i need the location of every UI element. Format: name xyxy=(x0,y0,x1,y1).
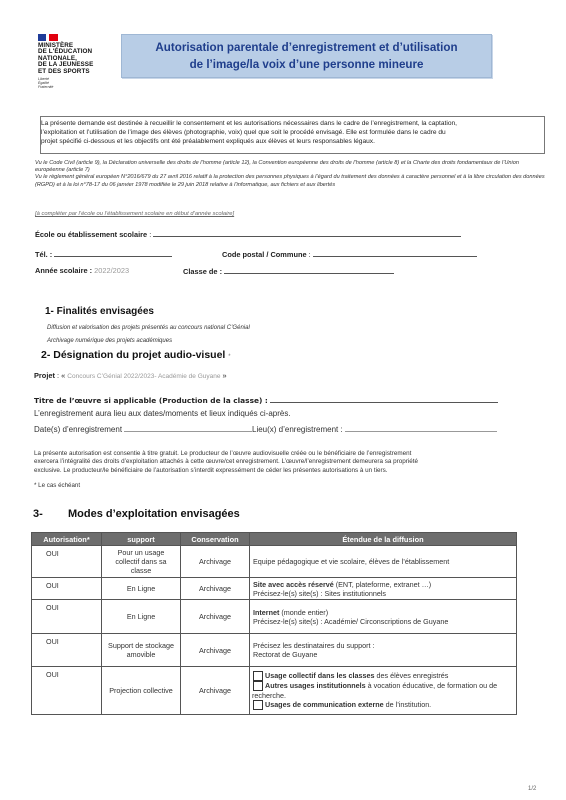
diffusion-cell: Usage collectif dans les classes des élè… xyxy=(250,667,517,715)
intro-box: La présente demande est destinée à recue… xyxy=(40,116,545,154)
ministry-name: MINISTÈRE DE L'ÉDUCATION NATIONALE, DE L… xyxy=(38,43,108,75)
support-cell: En Ligne xyxy=(102,578,181,600)
diffusion-cell: Internet (monde entier) Précisez-le(s) s… xyxy=(250,600,517,634)
checkbox[interactable] xyxy=(253,681,263,691)
document-title: Autorisation parentale d’enregistrement … xyxy=(121,34,492,78)
diffusion-cell: Précisez les destinataires du support : … xyxy=(250,634,517,667)
column-header: Conservation xyxy=(181,533,250,546)
postal-field[interactable] xyxy=(313,249,477,257)
fill-instruction: [à compléter par l’école ou l’établissem… xyxy=(35,211,234,217)
conservation-cell: Archivage xyxy=(181,546,250,578)
year-field-row: Année scolaire : 2022/2023 xyxy=(35,266,129,275)
table-row: OUI Pour un usage collectif dans sa clas… xyxy=(32,546,517,578)
support-cell: En Ligne xyxy=(102,600,181,634)
purpose-item: Archivage numérique des projets académiq… xyxy=(47,338,172,344)
section-3-heading: Modes d’exploitation envisagées xyxy=(68,508,240,520)
footnote: * Le cas échéant xyxy=(34,482,80,489)
authorization-cell: OUI xyxy=(32,546,102,578)
republic-motto: Liberté Égalité Fraternité xyxy=(38,77,108,89)
dates-row: Date(s) d’enregistrement xyxy=(34,424,252,434)
school-field[interactable] xyxy=(153,229,461,237)
checkbox-option[interactable]: Usage collectif dans les classes des élè… xyxy=(252,671,513,681)
authorization-cell: OUI xyxy=(32,667,102,715)
year-value[interactable]: 2022/2023 xyxy=(94,266,129,275)
diffusion-cell: Equipe pédagogique et vie scolaire, élèv… xyxy=(250,546,517,578)
conservation-cell: Archivage xyxy=(181,634,250,667)
table-row: OUI En Ligne Archivage Site avec accès r… xyxy=(32,578,517,600)
checkbox-option[interactable]: Usages de communication externe de l’ins… xyxy=(252,700,513,710)
title-line-2: de l’image/la voix d’une personne mineur… xyxy=(190,56,424,73)
ministry-logo: MINISTÈRE DE L'ÉDUCATION NATIONALE, DE L… xyxy=(38,34,108,89)
authorization-cell: OUI xyxy=(32,600,102,634)
legal-references: Vu le Code Civil (article 9), la Déclara… xyxy=(35,160,545,189)
table-row: OUI Support de stockage amovible Archiva… xyxy=(32,634,517,667)
support-cell: Projection collective xyxy=(102,667,181,715)
table-row: OUI En Ligne Archivage Internet (monde e… xyxy=(32,600,517,634)
column-header: Autorisation* xyxy=(32,533,102,546)
places-row: Lieu(x) d’enregistrement : xyxy=(252,424,497,434)
class-field[interactable] xyxy=(224,266,394,274)
support-cell: Support de stockage amovible xyxy=(102,634,181,667)
column-header: support xyxy=(102,533,181,546)
table-row: OUI Projection collective Archivage Usag… xyxy=(32,667,517,715)
conservation-cell: Archivage xyxy=(181,578,250,600)
authorization-cell: OUI xyxy=(32,578,102,600)
places-field[interactable] xyxy=(345,424,497,432)
section-3-number: 3- xyxy=(33,508,43,520)
checkbox[interactable] xyxy=(253,671,263,681)
conservation-cell: Archivage xyxy=(181,600,250,634)
support-cell: Pour un usage collectif dans sa classe xyxy=(102,546,181,578)
project-name: Concours C’Génial 2022/2023- Académie de… xyxy=(67,373,220,380)
conservation-cell: Archivage xyxy=(181,667,250,715)
authorization-cell: OUI xyxy=(32,634,102,667)
school-field-row: École ou établissement scolaire : xyxy=(35,229,461,239)
section-2-heading: 2- Désignation du projet audio-visuel * xyxy=(41,349,231,361)
work-title-row: Titre de l’œuvre si applicable (Producti… xyxy=(34,395,498,405)
tel-field[interactable] xyxy=(54,249,172,257)
postal-field-row: Code postal / Commune : xyxy=(222,249,477,259)
section-1-heading: 1- Finalités envisagées xyxy=(45,306,154,317)
checkbox-option[interactable]: Autres usages institutionnels à vocation… xyxy=(252,681,513,700)
rights-paragraph: La présente autorisation est consentie à… xyxy=(34,450,545,475)
french-flag-icon xyxy=(38,34,58,41)
purpose-item: Diffusion et valorisation des projets pr… xyxy=(47,325,250,331)
column-header: Étendue de la diffusion xyxy=(250,533,517,546)
title-line-1: Autorisation parentale d’enregistrement … xyxy=(155,39,457,56)
checkbox[interactable] xyxy=(253,700,263,710)
class-field-row: Classe de : xyxy=(183,266,394,276)
page-number: 1/2 xyxy=(528,786,536,792)
usage-modes-table: Autorisation* support Conservation Étend… xyxy=(31,532,517,715)
recording-note: L’enregistrement aura lieu aux dates/mom… xyxy=(34,409,291,418)
tel-field-row: Tél. : xyxy=(35,249,172,259)
dates-field[interactable] xyxy=(124,424,252,432)
table-header-row: Autorisation* support Conservation Étend… xyxy=(32,533,517,546)
project-row: Projet : « Concours C’Génial 2022/2023- … xyxy=(34,371,227,380)
diffusion-cell: Site avec accès réservé (ENT, plateforme… xyxy=(250,578,517,600)
work-title-field[interactable] xyxy=(270,395,498,403)
